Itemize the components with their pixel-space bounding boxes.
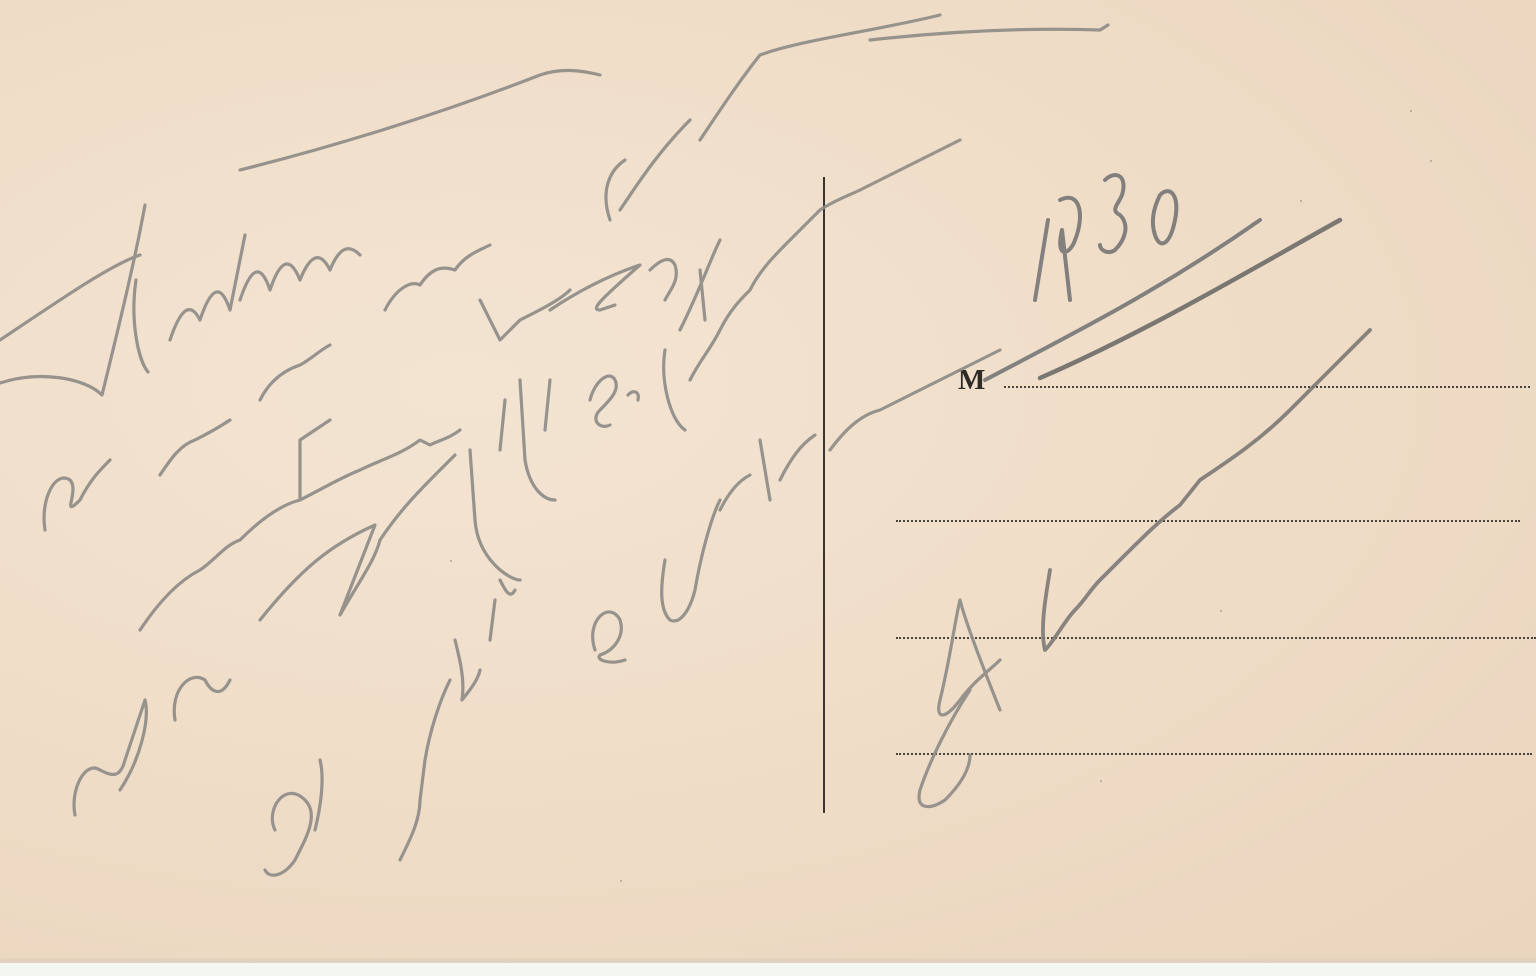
address-line-4: [896, 753, 1532, 755]
address-line-1: [1004, 386, 1530, 388]
card-bottom-edge: [0, 958, 1536, 963]
paper-speck: [1220, 610, 1222, 612]
paper-speck: [450, 560, 452, 562]
address-line-3: [896, 637, 1536, 639]
postcard-back: M Restaurant au nom de ... déjeuner où n…: [0, 0, 1536, 962]
paper-speck: [1430, 160, 1432, 162]
paper-speck: [1410, 110, 1412, 112]
paper-speck: [620, 880, 622, 882]
message-address-divider: [823, 177, 825, 813]
pencil-handwriting-icon: [0, 0, 1536, 962]
paper-speck: [1100, 780, 1102, 782]
paper-speck: [1300, 200, 1302, 202]
address-line-2: [896, 520, 1520, 522]
address-prefix-label: M: [958, 366, 985, 395]
